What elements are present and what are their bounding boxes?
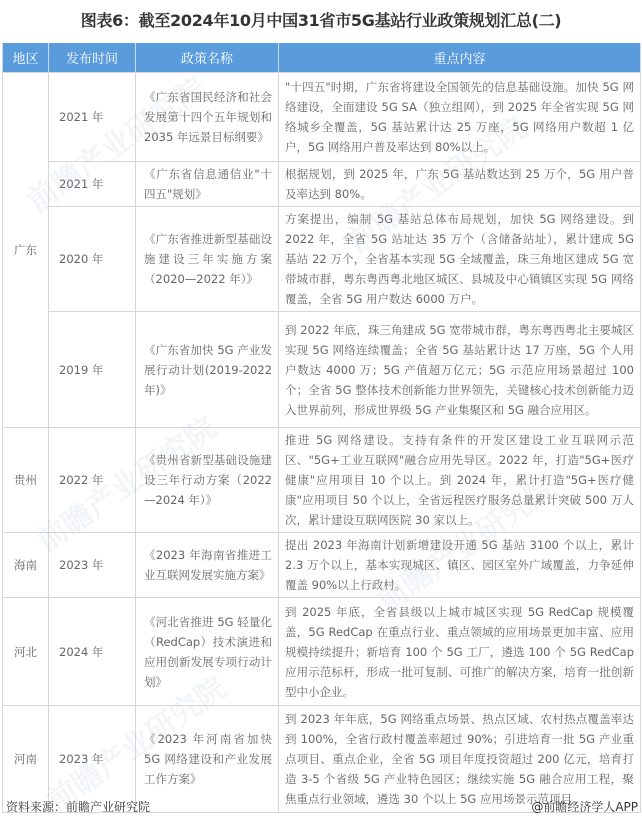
table-row: 贵州 2022 年 《贵州省新型基础设施建设三年行动方案（2022—2024 年…	[3, 428, 641, 533]
region-cell: 河北	[3, 598, 49, 706]
chart-title: 图表6：截至2024年10月中国31省市5G基站行业政策规划汇总(二)	[0, 8, 642, 31]
region-cell: 海南	[3, 533, 49, 598]
content-cell: 提出 2023 年海南计划新增建设开通 5G 基站 3100 个以上，累计 2.…	[279, 533, 641, 598]
region-cell: 贵州	[3, 428, 49, 533]
policy-cell: 《广东省信息通信业"十四五"规划》	[136, 162, 279, 207]
date-cell: 2021 年	[49, 73, 136, 162]
content-cell: 推进 5G 网络建设。支持有条件的开发区建设工业互联网示范区、"5G+工业互联网…	[279, 428, 641, 533]
table-row: 2019 年 《广东省加快 5G 产业发展行动计划(2019-2022 年)》 …	[3, 312, 641, 428]
policy-cell: 《广东省推进新型基础设施建设三年实施方案（2020—2022 年）》	[136, 207, 279, 312]
date-cell: 2023 年	[49, 533, 136, 598]
content-cell: 到 2023 年年底，5G 网络重点场景、热点区域、农村热点覆盖率达到 100%…	[279, 706, 641, 813]
policy-table: 地区 发布时间 政策名称 重点内容 广东 2021 年 《广东省国民经济和社会发…	[2, 43, 641, 813]
credit-note: @前瞻经济学人APP	[531, 798, 638, 815]
table-row: 河北 2024 年 《河北省推进 5G 轻量化（RedCap）技术演进和应用创新…	[3, 598, 641, 706]
date-cell: 2019 年	[49, 312, 136, 428]
region-cell: 广东	[3, 73, 49, 428]
table-row: 广东 2021 年 《广东省国民经济和社会发展第十四个五年规划和 2035 年远…	[3, 73, 641, 162]
header-region: 地区	[3, 43, 49, 73]
table-header-row: 地区 发布时间 政策名称 重点内容	[3, 43, 641, 73]
header-policy: 政策名称	[136, 43, 279, 73]
header-date: 发布时间	[49, 43, 136, 73]
table-row: 河南 2023 年 《2023 年河南省加快 5G 网络建设和产业发展工作方案》…	[3, 706, 641, 813]
content-cell: 根据规划，到 2025 年，广东 5G 基站数达到 25 万个，5G 用户普及率…	[279, 162, 641, 207]
policy-cell: 《河北省推进 5G 轻量化（RedCap）技术演进和应用创新发展专项行动计划》	[136, 598, 279, 706]
table-row: 2021 年 《广东省信息通信业"十四五"规划》 根据规划，到 2025 年，广…	[3, 162, 641, 207]
header-content: 重点内容	[279, 43, 641, 73]
date-cell: 2024 年	[49, 598, 136, 706]
content-cell: "十四五"时期，广东省将建设全国领先的信息基础设施。加快 5G 网络建设，全面建…	[279, 73, 641, 162]
region-cell: 河南	[3, 706, 49, 813]
content-cell: 方案提出，编制 5G 基站总体布局规划，加快 5G 网络建设。到 2022 年，…	[279, 207, 641, 312]
table-row: 海南 2023 年 《2023 年海南省推进工业互联网发展实施方案》 提出 20…	[3, 533, 641, 598]
policy-cell: 《2023 年河南省加快 5G 网络建设和产业发展工作方案》	[136, 706, 279, 813]
table-row: 2020 年 《广东省推进新型基础设施建设三年实施方案（2020—2022 年）…	[3, 207, 641, 312]
date-cell: 2021 年	[49, 162, 136, 207]
policy-cell: 《2023 年海南省推进工业互联网发展实施方案》	[136, 533, 279, 598]
policy-cell: 《广东省加快 5G 产业发展行动计划(2019-2022 年)》	[136, 312, 279, 428]
policy-cell: 《贵州省新型基础设施建设三年行动方案（2022—2024 年）》	[136, 428, 279, 533]
content-cell: 到 2022 年底，珠三角建成 5G 宽带城市群，粤东粤西粤北主要城区实现 5G…	[279, 312, 641, 428]
source-note: 资料来源：前瞻产业研究院	[6, 798, 150, 815]
date-cell: 2020 年	[49, 207, 136, 312]
date-cell: 2022 年	[49, 428, 136, 533]
content-cell: 到 2025 年底，全省县级以上城市城区实现 5G RedCap 规模覆盖，5G…	[279, 598, 641, 706]
policy-cell: 《广东省国民经济和社会发展第十四个五年规划和 2035 年远景目标纲要》	[136, 73, 279, 162]
date-cell: 2023 年	[49, 706, 136, 813]
